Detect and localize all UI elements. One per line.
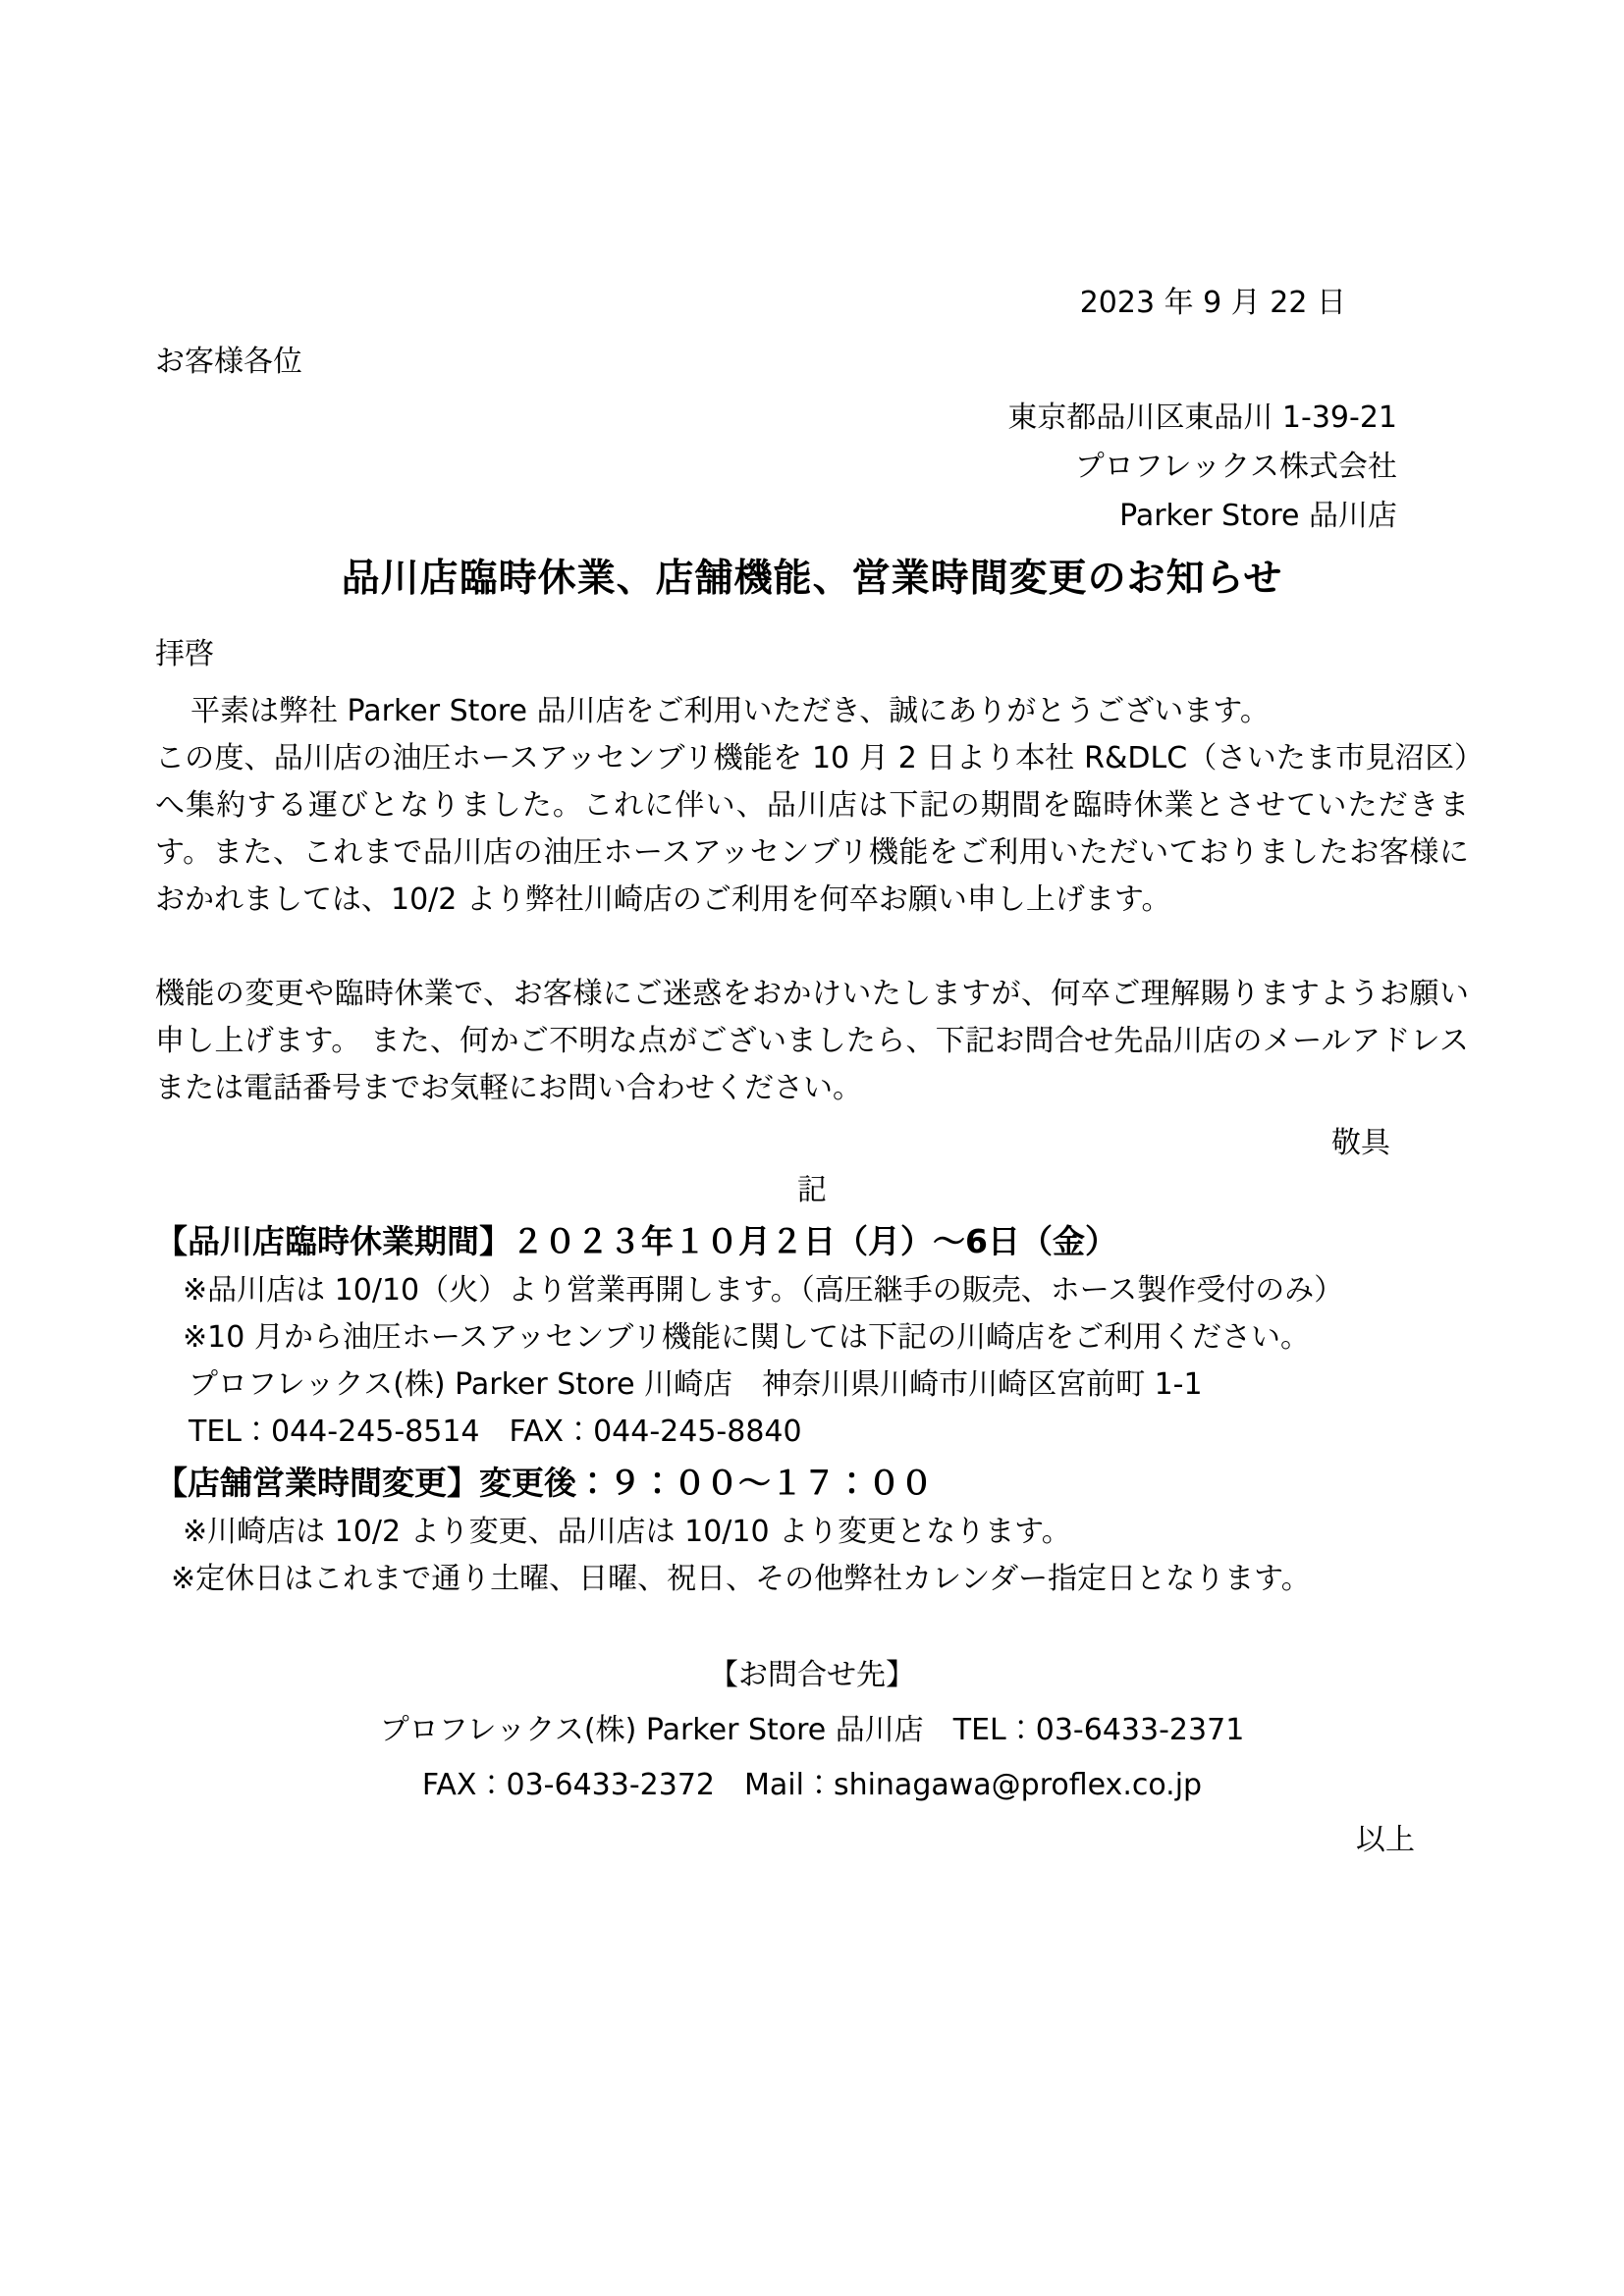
kawasaki-store-contact: TEL：044-245-8514 FAX：044-245-8840 [155, 1409, 1469, 1456]
document-date: 2023 年 9 月 22 日 [155, 280, 1469, 327]
paragraph-thanks: 平素は弊社 Parker Store 品川店をご利用いただき、誠にありがとうござ… [155, 688, 1469, 735]
contact-heading: 【お問合せ先】 [155, 1652, 1469, 1699]
document-title: 品川店臨時休業、店舗機能、営業時間変更のお知らせ [155, 555, 1469, 604]
notice-document: 2023 年 9 月 22 日 お客様各位 東京都品川区東品川 1-39-21 … [0, 0, 1624, 2296]
kawasaki-store-address: プロフレックス(株) Parker Store 川崎店 神奈川県川崎市川崎区宮前… [155, 1362, 1469, 1409]
closure-period-heading: 【品川店臨時休業期間】２０２３年１０月２日（月）～6日（金） [155, 1216, 1469, 1267]
hours-note-holidays: ※定休日はこれまで通り土曜、日曜、祝日、その他弊社カレンダー指定日となります。 [155, 1556, 1469, 1603]
ki-marker: 記 [155, 1167, 1469, 1214]
sender-block: 東京都品川区東品川 1-39-21 プロフレックス株式会社 Parker Sto… [155, 394, 1469, 541]
sender-address: 東京都品川区東品川 1-39-21 [155, 394, 1397, 443]
hours-note-dates: ※川崎店は 10/2 より変更、品川店は 10/10 より変更となります。 [155, 1509, 1469, 1556]
sender-company: プロフレックス株式会社 [155, 443, 1397, 492]
paragraph-apology: 機能の変更や臨時休業で、お客様にご迷惑をおかけいたしますが、何卒ご理解賜りますよ… [155, 971, 1469, 1112]
sender-store: Parker Store 品川店 [155, 492, 1397, 541]
recipient-line: お客様各位 [155, 339, 1469, 386]
salutation-opening: 拝啓 [155, 631, 1469, 678]
paragraph-main: この度、品川店の油圧ホースアッセンブリ機能を 10 月 2 日より本社 R&DL… [155, 735, 1469, 924]
hours-change-heading: 【店舗営業時間変更】変更後：９：００～１７：００ [155, 1458, 1469, 1509]
closing-mark: 以上 [155, 1817, 1469, 1864]
closure-note-kawasaki: ※10 月から油圧ホースアッセンブリ機能に関しては下記の川崎店をご利用ください。 [155, 1314, 1469, 1362]
salutation-closing: 敬具 [155, 1120, 1469, 1167]
contact-shinagawa-fax-mail: FAX：03-6433-2372 Mail：shinagawa@proflex.… [155, 1762, 1469, 1809]
contact-shinagawa-tel: プロフレックス(株) Parker Store 品川店 TEL：03-6433-… [155, 1707, 1469, 1754]
closure-note-reopen: ※品川店は 10/10（火）より営業再開します。（高圧継手の販売、ホース製作受付… [155, 1267, 1469, 1314]
